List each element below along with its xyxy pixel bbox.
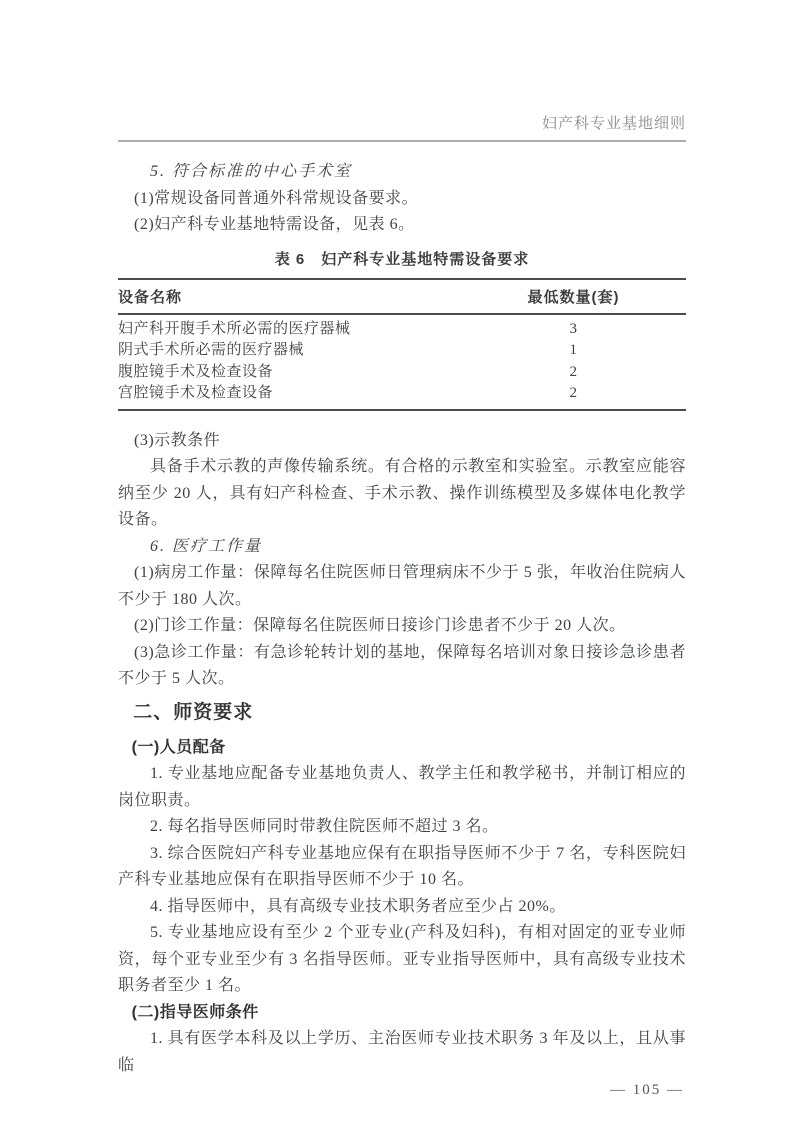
table6-body: 妇产科开腹手术所必需的医疗器械 3 阴式手术所必需的医疗器械 1 腹腔镜手术及检… xyxy=(118,314,686,410)
para-item6-sub3: (3)急诊工作量：有急诊轮转计划的基地，保障每名培训对象日接诊急诊患者不少于 5… xyxy=(118,640,686,693)
para-item5-sub2: (2)妇产科专业基地特需设备，见表 6。 xyxy=(118,212,686,239)
para-item5-sub3-text: 具备手术示教的声像传输系统。有合格的示教室和实验室。示教室应能容纳至少 20 人… xyxy=(118,454,686,534)
min-quantity-cell: 1 xyxy=(461,340,686,362)
para-staffing-item: 1. 专业基地应配备专业基地负责人、教学主任和教学秘书，并制订相应的岗位职责。 xyxy=(118,761,686,814)
document-page: 妇产科专业基地细则 5. 符合标准的中心手术室 (1)常规设备同普通外科常规设备… xyxy=(0,0,800,1131)
header-rule xyxy=(118,140,686,142)
para-staffing-item: 4. 指导医师中，具有高级专业技术职务者应至少占 20%。 xyxy=(118,894,686,921)
table-row: 腹腔镜手术及检查设备 2 xyxy=(118,362,686,384)
device-name-cell: 妇产科开腹手术所必需的医疗器械 xyxy=(118,314,461,341)
para-item5-sub1: (1)常规设备同普通外科常规设备要求。 xyxy=(118,186,686,213)
table-row: 阴式手术所必需的医疗器械 1 xyxy=(118,340,686,362)
sub-heading-supervisor-conditions: (二)指导医师条件 xyxy=(118,1000,686,1027)
table-row: 妇产科开腹手术所必需的医疗器械 3 xyxy=(118,314,686,341)
device-name-cell: 宫腔镜手术及检查设备 xyxy=(118,383,461,410)
para-item6-sub1: (1)病房工作量：保障每名住院医师日管理病床不少于 5 张，年收治住院病人不少于… xyxy=(118,560,686,613)
min-quantity-cell: 2 xyxy=(461,362,686,384)
table6-head: 设备名称 最低数量(套) xyxy=(118,279,686,314)
table-row: 宫腔镜手术及检查设备 2 xyxy=(118,383,686,410)
table6-block: 表 6 妇产科专业基地特需设备要求 设备名称 最低数量(套) 妇产科开腹手术所必… xyxy=(118,248,686,411)
para-staffing-item: 3. 综合医院妇产科专业基地应保有在职指导医师不少于 7 名，专科医院妇产科专业… xyxy=(118,841,686,894)
section-heading-faculty-requirements: 二、师资要求 xyxy=(118,700,686,726)
para-item6-sub2: (2)门诊工作量：保障每名住院医师日接诊门诊患者不少于 20 人次。 xyxy=(118,613,686,640)
min-quantity-cell: 2 xyxy=(461,383,686,410)
sub-heading-staffing: (一)人员配备 xyxy=(118,735,686,762)
min-quantity-cell: 3 xyxy=(461,314,686,341)
device-name-cell: 阴式手术所必需的医疗器械 xyxy=(118,340,461,362)
para-staffing-item: 2. 每名指导医师同时带教住院医师不超过 3 名。 xyxy=(118,814,686,841)
running-header: 妇产科专业基地细则 xyxy=(118,112,686,133)
page-content: 妇产科专业基地细则 5. 符合标准的中心手术室 (1)常规设备同普通外科常规设备… xyxy=(118,112,686,1099)
para-item5-sub3-heading: (3)示教条件 xyxy=(118,428,686,455)
para-staffing-item: 5. 专业基地应设有至少 2 个亚专业(产科及妇科)，有相对固定的亚专业师资，每… xyxy=(118,920,686,1000)
device-name-cell: 腹腔镜手术及检查设备 xyxy=(118,362,461,384)
para-item5-heading: 5. 符合标准的中心手术室 xyxy=(118,159,686,186)
table6-header-row: 设备名称 最低数量(套) xyxy=(118,279,686,314)
table6: 设备名称 最低数量(套) 妇产科开腹手术所必需的医疗器械 3 阴式手术所必需的医… xyxy=(118,278,686,411)
page-number: — 105 — xyxy=(118,1082,686,1099)
table6-header-device-name: 设备名称 xyxy=(118,279,461,314)
table6-caption: 表 6 妇产科专业基地特需设备要求 xyxy=(118,248,686,269)
table6-header-min-quantity: 最低数量(套) xyxy=(461,279,686,314)
para-item6-heading: 6. 医疗工作量 xyxy=(118,534,686,561)
para-supervisor-item: 1. 具有医学本科及以上学历、主治医师专业技术职务 3 年及以上，且从事临 xyxy=(118,1026,686,1079)
